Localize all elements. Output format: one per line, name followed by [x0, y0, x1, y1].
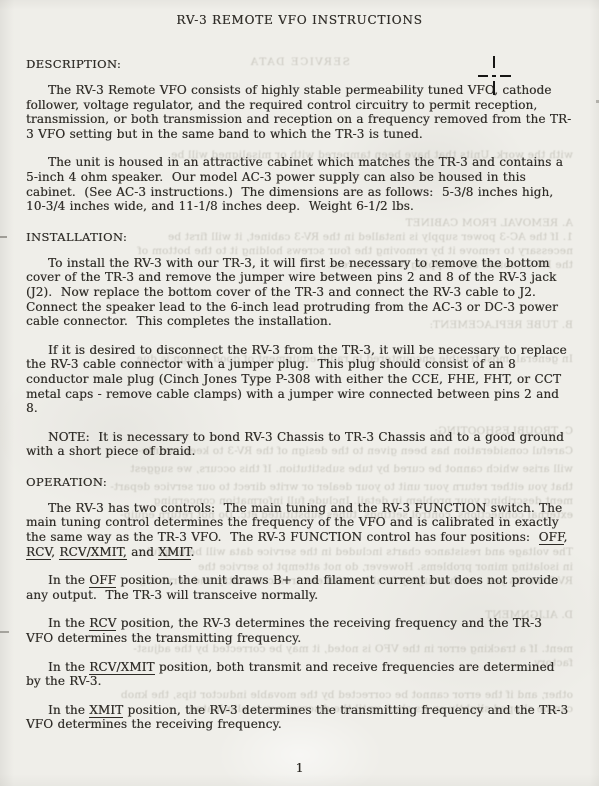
text-run: To install the RV-3 with our TR-3, it wi… — [26, 256, 562, 328]
page-title: RV-3 REMOTE VFO INSTRUCTIONS — [26, 13, 573, 27]
text-run: NOTE: It is necessary to bond RV-3 Chass… — [26, 430, 568, 459]
text-run: In the — [48, 660, 89, 674]
page-number: 1 — [0, 761, 599, 775]
section-heading: INSTALLATION: — [26, 230, 573, 244]
section: INSTALLATION:To install the RV-3 with ou… — [26, 230, 573, 459]
paragraph: In the XMIT position, the RV-3 determine… — [26, 703, 573, 732]
text-run: . — [191, 545, 195, 559]
registration-mark-segment — [478, 75, 488, 77]
underlined-term: XMIT — [89, 703, 123, 718]
paragraph: In the RCV/XMIT position, both transmit … — [26, 660, 573, 689]
registration-mark-icon — [478, 56, 512, 96]
text-run: If it is desired to disconnect the RV-3 … — [26, 343, 571, 415]
underlined-term: OFF — [89, 573, 116, 588]
paragraph: If it is desired to disconnect the RV-3 … — [26, 343, 573, 416]
paragraph: To install the RV-3 with our TR-3, it wi… — [26, 256, 573, 329]
registration-mark-segment — [500, 75, 511, 77]
registration-mark-segment — [493, 81, 495, 95]
underlined-term: OFF — [539, 530, 564, 545]
document-body: DESCRIPTION:The RV-3 Remote VFO consists… — [26, 57, 573, 732]
text-run: The RV-3 has two controls: The main tuni… — [26, 501, 567, 544]
document-page: SERVICE DATAwith the work. Units that ha… — [0, 0, 599, 786]
section-heading: OPERATION: — [26, 475, 573, 489]
registration-mark-segment — [493, 56, 495, 68]
text-run: In the — [48, 573, 89, 587]
text-run: The unit is housed in an attractive cabi… — [26, 155, 567, 213]
underlined-term: RCV/XMIT — [89, 660, 154, 675]
text-run: In the — [48, 616, 89, 630]
registration-mark-segment — [492, 75, 496, 77]
document-content: RV-3 REMOTE VFO INSTRUCTIONS DESCRIPTION… — [0, 0, 599, 732]
text-run: and — [127, 545, 159, 559]
paragraph: The RV-3 has two controls: The main tuni… — [26, 501, 573, 559]
text-run: In the — [48, 703, 89, 717]
section: OPERATION:The RV-3 has two controls: The… — [26, 475, 573, 732]
text-run: , — [564, 530, 572, 544]
paragraph: In the RCV position, the RV-3 determines… — [26, 616, 573, 645]
paragraph: The unit is housed in an attractive cabi… — [26, 155, 573, 213]
paragraph: In the OFF position, the unit draws B+ a… — [26, 573, 573, 602]
underlined-term: RCV/XMIT, — [59, 545, 126, 560]
underlined-term: XMIT — [158, 545, 190, 560]
underlined-term: RCV — [89, 616, 116, 631]
paragraph: NOTE: It is necessary to bond RV-3 Chass… — [26, 430, 573, 459]
underlined-term: RCV — [26, 545, 51, 560]
